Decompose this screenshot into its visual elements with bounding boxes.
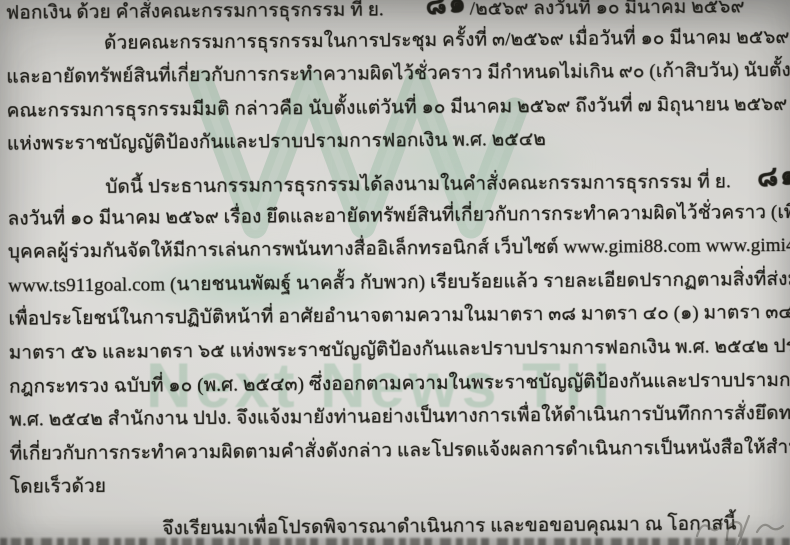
doc-line: แห่งพระราชบัญญัติป้องกันและปราบปรามการฟอ… bbox=[7, 121, 785, 161]
handwritten-order-number: ๘๑ bbox=[755, 158, 790, 195]
doc-line-reference-text: ฟอกเงิน ด้วย คำสั่งคณะกรรมการธุรกรรม ที่… bbox=[6, 0, 384, 24]
cut-off-next-line-strip bbox=[0, 538, 790, 545]
doc-line: ที่เกี่ยวกับการกระทำความผิดตามคำสั่งดังก… bbox=[9, 431, 787, 471]
handwritten-order-number: ๘๑ bbox=[424, 0, 468, 23]
document-body: ฟอกเงิน ด้วย คำสั่งคณะกรรมการธุรกรรม ที่… bbox=[6, 0, 789, 545]
doc-line: โดยเร็วด้วย bbox=[10, 464, 788, 504]
scanned-document-photo: ฟอกเงิน ด้วย คำสั่งคณะกรรมการธุรกรรม ที่… bbox=[0, 0, 790, 545]
doc-line-order-signed-text: บัดนี้ ประธานกรรมการธุรกรรมได้ลงนามในคำส… bbox=[105, 171, 731, 197]
doc-line-reference-date: /๒๕๖๙ ลงวันที่ ๑๐ มีนาคม ๒๕๖๙ bbox=[470, 0, 745, 20]
